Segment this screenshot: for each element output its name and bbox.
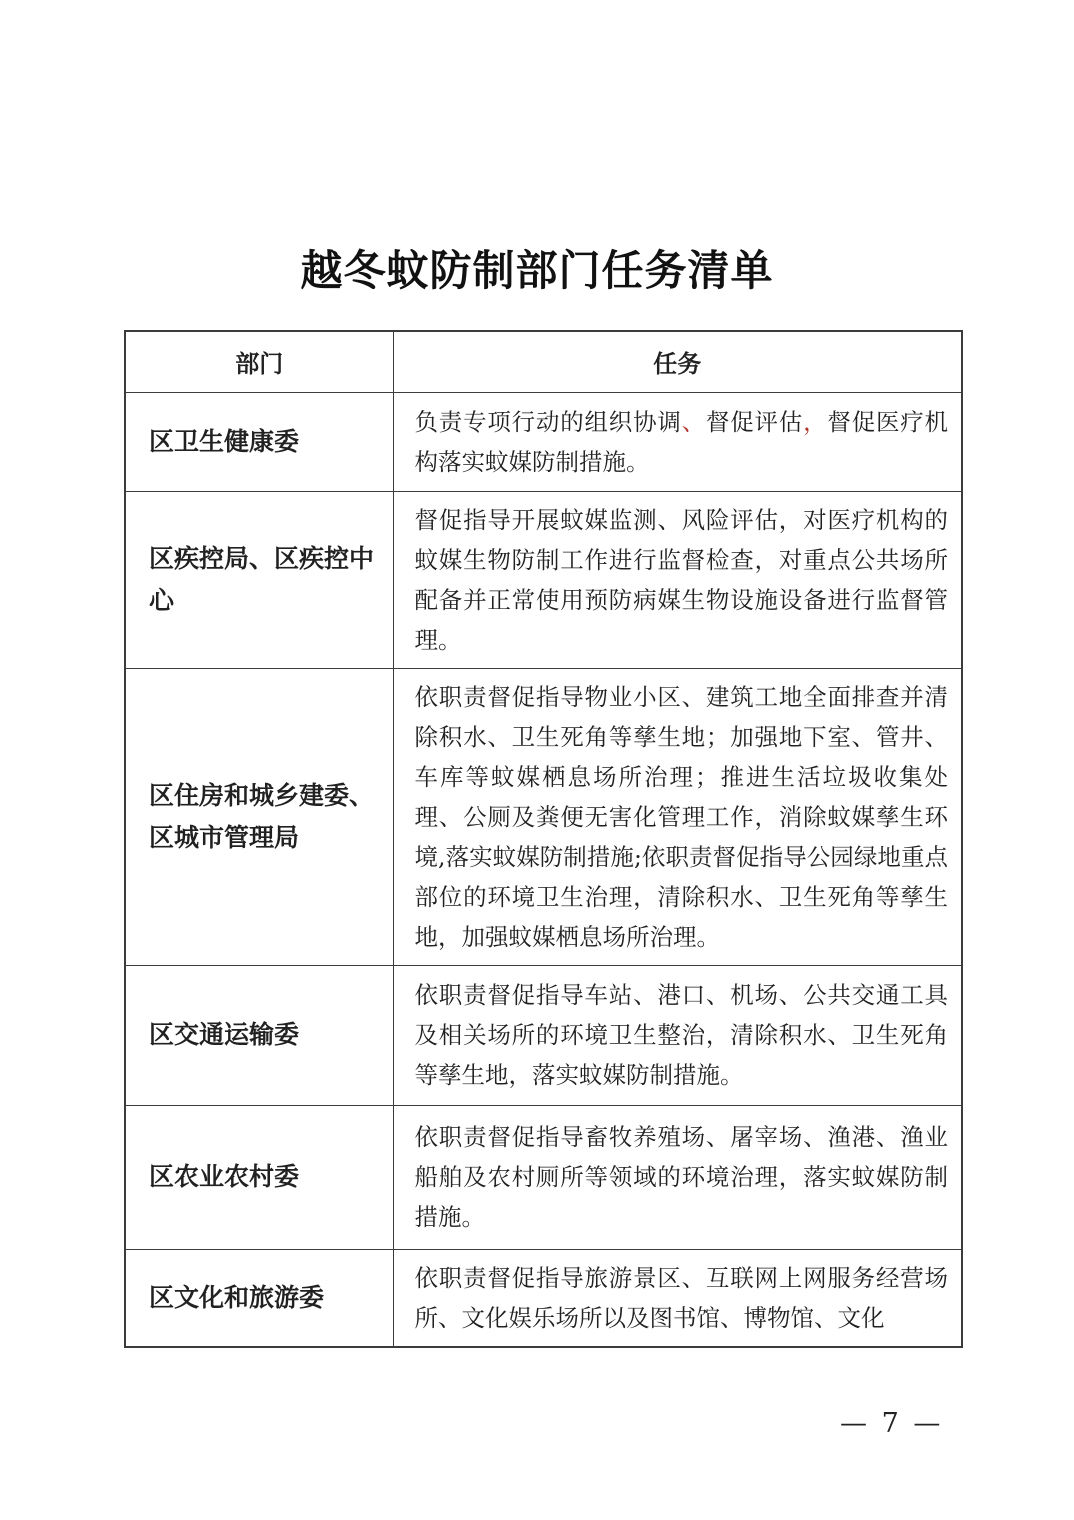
task-cell: 负责专项行动的组织协调、督促评估，督促医疗机构落实蚊媒防制措施。 <box>393 392 962 491</box>
task-cell: 督促指导开展蚊媒监测、风险评估，对医疗机构的蚊媒生物防制工作进行监督检查，对重点… <box>393 491 962 668</box>
department-cell: 区交通运输委 <box>125 965 393 1105</box>
task-cell: 依职责督促指导物业小区、建筑工地全面排查并清除积水、卫生死角等孳生地；加强地下室… <box>393 668 962 965</box>
header-cell-department: 部门 <box>125 331 393 392</box>
page-number: — 7 — <box>840 1408 943 1439</box>
table-row: 区农业农村委 依职责督促指导畜牧养殖场、屠宰场、渔港、渔业船舶及农村厕所等领域的… <box>125 1105 962 1249</box>
header-cell-task: 任务 <box>393 331 962 392</box>
task-text: 督促指导开展蚊媒监测、风险评估，对医疗机构的蚊媒生物防制工作进行监督检查，对重点… <box>415 500 949 660</box>
page-title: 越冬蚊防制部门任务清单 <box>0 238 1074 298</box>
document-page: 越冬蚊防制部门任务清单 部门 任务 区卫生健康委 负责专项行动的组织协调、督促评… <box>0 0 1074 1520</box>
table-row: 区文化和旅游委 依职责督促指导旅游景区、互联网上网服务经营场所、文化娱乐场所以及… <box>125 1249 962 1347</box>
task-text: 依职责督促指导畜牧养殖场、屠宰场、渔港、渔业船舶及农村厕所等领域的环境治理，落实… <box>415 1117 949 1237</box>
task-cell: 依职责督促指导畜牧养殖场、屠宰场、渔港、渔业船舶及农村厕所等领域的环境治理，落实… <box>393 1105 962 1249</box>
task-text: 负责专项行动的组织协调、督促评估，督促医疗机构落实蚊媒防制措施。 <box>415 402 949 482</box>
table-row: 区疾控局、区疾控中心 督促指导开展蚊媒监测、风险评估，对医疗机构的蚊媒生物防制工… <box>125 491 962 668</box>
department-cell: 区疾控局、区疾控中心 <box>125 491 393 668</box>
task-text: 依职责督促指导旅游景区、互联网上网服务经营场所、文化娱乐场所以及图书馆、博物馆、… <box>415 1258 949 1338</box>
task-cell: 依职责督促指导车站、港口、机场、公共交通工具及相关场所的环境卫生整治，清除积水、… <box>393 965 962 1105</box>
task-cell: 依职责督促指导旅游景区、互联网上网服务经营场所、文化娱乐场所以及图书馆、博物馆、… <box>393 1249 962 1347</box>
department-cell: 区农业农村委 <box>125 1105 393 1249</box>
task-table-container: 部门 任务 区卫生健康委 负责专项行动的组织协调、督促评估，督促医疗机构落实蚊媒… <box>124 330 961 1348</box>
department-cell: 区住房和城乡建委、区城市管理局 <box>125 668 393 965</box>
table-row: 区住房和城乡建委、区城市管理局 依职责督促指导物业小区、建筑工地全面排查并清除积… <box>125 668 962 965</box>
task-text: 依职责督促指导物业小区、建筑工地全面排查并清除积水、卫生死角等孳生地；加强地下室… <box>415 677 949 957</box>
table-header-row: 部门 任务 <box>125 331 962 392</box>
task-table: 部门 任务 区卫生健康委 负责专项行动的组织协调、督促评估，督促医疗机构落实蚊媒… <box>124 330 963 1348</box>
task-text: 依职责督促指导车站、港口、机场、公共交通工具及相关场所的环境卫生整治，清除积水、… <box>415 975 949 1095</box>
table-row: 区卫生健康委 负责专项行动的组织协调、督促评估，督促医疗机构落实蚊媒防制措施。 <box>125 392 962 491</box>
department-cell: 区文化和旅游委 <box>125 1249 393 1347</box>
department-cell: 区卫生健康委 <box>125 392 393 491</box>
table-row: 区交通运输委 依职责督促指导车站、港口、机场、公共交通工具及相关场所的环境卫生整… <box>125 965 962 1105</box>
